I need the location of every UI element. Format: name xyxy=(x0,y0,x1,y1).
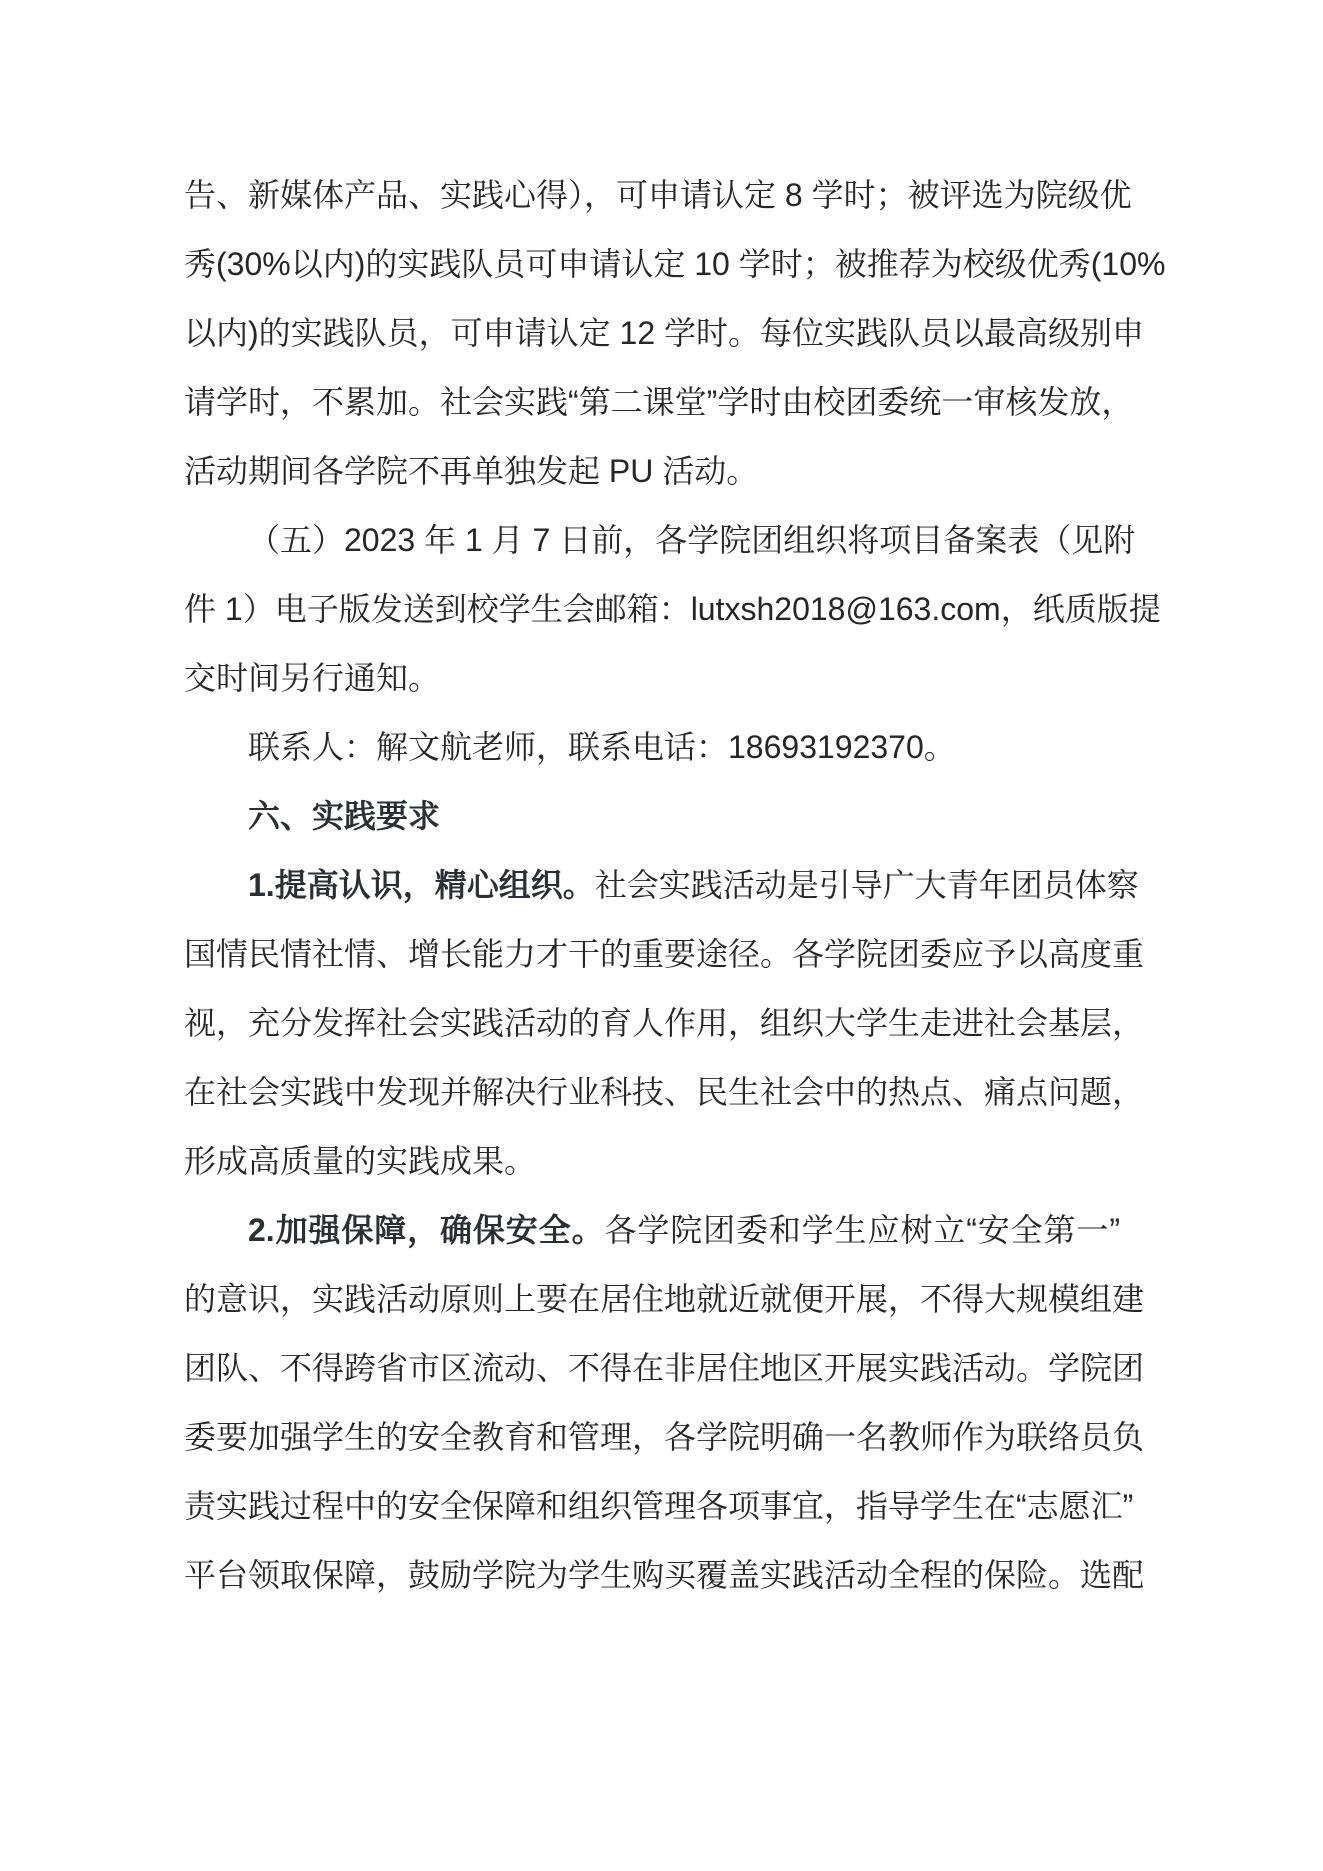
text-segment: 委要加强学生的安全教育和管理，各学院明确一名教师作为联络员负 xyxy=(184,1419,1144,1455)
text-line-2: 秀(30%以内)的实践队员可申请认定 10 学时；被推荐为校级优秀(10% xyxy=(184,230,1120,299)
document-page: 告、新媒体产品、实践心得），可申请认定 8 学时；被评选为院级优秀(30%以内)… xyxy=(0,0,1323,1871)
text-segment: 责实践过程中的安全保障和组织管理各项事宜，指导学生在“志愿汇” xyxy=(184,1488,1133,1524)
text-segment: 2.加强保障，确保安全。 xyxy=(248,1212,604,1248)
text-line-18: 团队、不得跨省市区流动、不得在非居住地区开展实践活动。学院团 xyxy=(184,1334,1120,1403)
text-segment: 六、实践要求 xyxy=(248,798,440,834)
text-segment: 联系人：解文航老师，联系电话：18693192370。 xyxy=(248,729,956,765)
text-line-5: 活动期间各学院不再单独发起 PU 活动。 xyxy=(184,437,1120,506)
text-segment: 秀(30%以内)的实践队员可申请认定 10 学时；被推荐为校级优秀(10% xyxy=(184,246,1165,282)
text-segment: （五）2023 年 1 月 7 日前，各学院团组织将项目备案表（见附 xyxy=(248,522,1135,558)
text-line-14: 在社会实践中发现并解决行业科技、民生社会中的热点、痛点问题， xyxy=(184,1058,1120,1127)
text-line-20: 责实践过程中的安全保障和组织管理各项事宜，指导学生在“志愿汇” xyxy=(184,1472,1120,1541)
text-line-21: 平台领取保障，鼓励学院为学生购买覆盖实践活动全程的保险。选配 xyxy=(184,1541,1120,1610)
text-segment: 团队、不得跨省市区流动、不得在非居住地区开展实践活动。学院团 xyxy=(184,1350,1144,1386)
text-segment: 请学时，不累加。社会实践“第二课堂”学时由校团委统一审核发放， xyxy=(184,384,1133,420)
text-line-7: 件 1）电子版发送到校学生会邮箱：lutxsh2018@163.com，纸质版提 xyxy=(184,575,1120,644)
text-segment: 告、新媒体产品、实践心得），可申请认定 8 学时；被评选为院级优 xyxy=(184,177,1132,213)
text-segment: 形成高质量的实践成果。 xyxy=(184,1143,536,1179)
text-line-8: 交时间另行通知。 xyxy=(184,644,1120,713)
text-segment: 的意识，实践活动原则上要在居住地就近就便开展，不得大规模组建 xyxy=(184,1281,1144,1317)
text-line-9: 联系人：解文航老师，联系电话：18693192370。 xyxy=(184,713,1120,782)
text-line-1: 告、新媒体产品、实践心得），可申请认定 8 学时；被评选为院级优 xyxy=(184,161,1120,230)
text-line-13: 视，充分发挥社会实践活动的育人作用，组织大学生走进社会基层， xyxy=(184,989,1120,1058)
text-line-19: 委要加强学生的安全教育和管理，各学院明确一名教师作为联络员负 xyxy=(184,1403,1120,1472)
text-line-11: 1.提高认识，精心组织。社会实践活动是引导广大青年团员体察 xyxy=(184,851,1120,920)
text-line-16: 2.加强保障，确保安全。各学院团委和学生应树立“安全第一” xyxy=(184,1196,1120,1265)
text-segment: 视，充分发挥社会实践活动的育人作用，组织大学生走进社会基层， xyxy=(184,1005,1144,1041)
text-line-12: 国情民情社情、增长能力才干的重要途径。各学院团委应予以高度重 xyxy=(184,920,1120,989)
text-line-3: 以内)的实践队员，可申请认定 12 学时。每位实践队员以最高级别申 xyxy=(184,299,1120,368)
text-segment: 1.提高认识，精心组织。 xyxy=(248,867,595,903)
text-segment: 在社会实践中发现并解决行业科技、民生社会中的热点、痛点问题， xyxy=(184,1074,1144,1110)
text-line-15: 形成高质量的实践成果。 xyxy=(184,1127,1120,1196)
text-segment: 平台领取保障，鼓励学院为学生购买覆盖实践活动全程的保险。选配 xyxy=(184,1557,1144,1593)
text-line-6: （五）2023 年 1 月 7 日前，各学院团组织将项目备案表（见附 xyxy=(184,506,1120,575)
text-segment: 件 1）电子版发送到校学生会邮箱：lutxsh2018@163.com，纸质版提 xyxy=(184,591,1161,627)
document-body: 告、新媒体产品、实践心得），可申请认定 8 学时；被评选为院级优秀(30%以内)… xyxy=(184,161,1120,1610)
text-line-17: 的意识，实践活动原则上要在居住地就近就便开展，不得大规模组建 xyxy=(184,1265,1120,1334)
text-segment: 以内)的实践队员，可申请认定 12 学时。每位实践队员以最高级别申 xyxy=(184,315,1144,351)
text-segment: 各学院团委和学生应树立“安全第一” xyxy=(604,1212,1120,1248)
text-segment: 交时间另行通知。 xyxy=(184,660,440,696)
text-line-10: 六、实践要求 xyxy=(184,782,1120,851)
text-segment: 社会实践活动是引导广大青年团员体察 xyxy=(595,867,1139,903)
text-segment: 国情民情社情、增长能力才干的重要途径。各学院团委应予以高度重 xyxy=(184,936,1144,972)
text-segment: 活动期间各学院不再单独发起 PU 活动。 xyxy=(184,453,758,489)
text-line-4: 请学时，不累加。社会实践“第二课堂”学时由校团委统一审核发放， xyxy=(184,368,1120,437)
